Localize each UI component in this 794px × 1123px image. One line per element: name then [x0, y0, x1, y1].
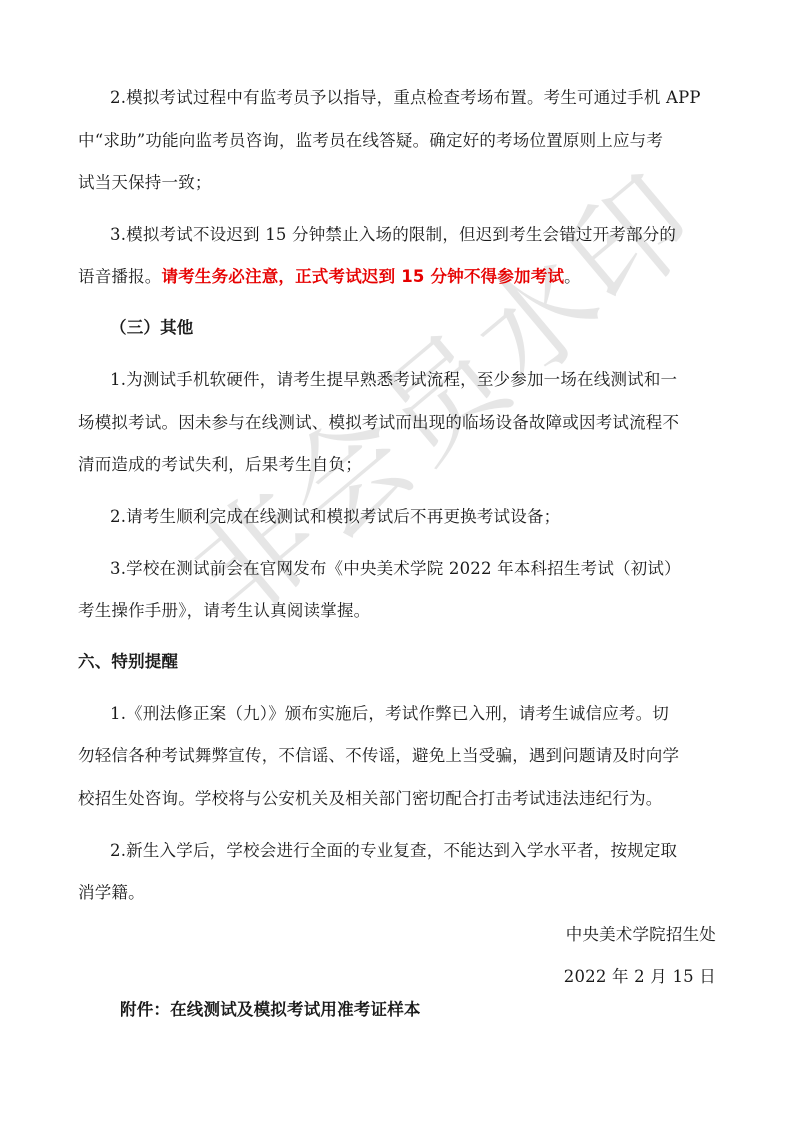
text-normal: 。 [564, 267, 581, 286]
paragraph-line: 考生操作手册》，请考生认真阅读掌握。 [78, 601, 718, 621]
paragraph-line: 3.学校在测试前会在官网发布《中央美术学院 2022 年本科招生考试（初试） [110, 559, 718, 579]
text-normal: 语音播报。 [78, 267, 162, 286]
paragraph-line: 1.为测试手机软硬件，请考生提早熟悉考试流程，至少参加一场在线测试和一 [110, 370, 718, 390]
paragraph-line: 场模拟考试。因未参与在线测试、模拟考试而出现的临场设备故障或因考试流程不 [78, 413, 718, 433]
paragraph-line: 2.请考生顺利完成在线测试和模拟考试后不再更换考试设备； [110, 507, 718, 527]
warning-text: 请考生务必注意，正式考试迟到 15 分钟不得参加考试 [162, 267, 565, 286]
document-page: 非会员水印 2.模拟考试过程中有监考员予以指导，重点检查考场布置。考生可通过手机… [0, 0, 794, 1123]
section-heading-special-reminder: 六、特别提醒 [78, 652, 718, 672]
paragraph-line: 1.《刑法修正案（九）》颁布实施后，考试作弊已入刑，请考生诚信应考。切 [110, 704, 718, 724]
paragraph-line: 中“求助”功能向监考员咨询，监考员在线答疑。确定好的考场位置原则上应与考 [78, 131, 718, 151]
paragraph-line: 消学籍。 [78, 883, 718, 903]
paragraph-line-with-warning: 语音播报。请考生务必注意，正式考试迟到 15 分钟不得参加考试。 [78, 267, 718, 287]
paragraph-line: 试当天保持一致； [78, 173, 718, 193]
paragraph-line: 2.模拟考试过程中有监考员予以指导，重点检查考场布置。考生可通过手机 APP [110, 88, 718, 108]
attachment-note: 附件：在线测试及模拟考试用准考证样本 [120, 1000, 760, 1020]
paragraph-line: 3.模拟考试不设迟到 15 分钟禁止入场的限制，但迟到考生会错过开考部分的 [110, 225, 718, 245]
signature-org: 中央美术学院招生处 [566, 925, 716, 945]
paragraph-line: 2.新生入学后，学校会进行全面的专业复查，不能达到入学水平者，按规定取 [110, 841, 718, 861]
paragraph-line: 校招生处咨询。学校将与公安机关及相关部门密切配合打击考试违法违纪行为。 [78, 789, 718, 809]
paragraph-line: 勿轻信各种考试舞弊宣传，不信谣、不传谣，避免上当受骗，遇到问题请及时向学 [78, 746, 718, 766]
signature-date: 2022 年 2 月 15 日 [564, 967, 716, 987]
paragraph-line: 清而造成的考试失利，后果考生自负； [78, 455, 718, 475]
section-heading-other: （三）其他 [110, 318, 750, 338]
